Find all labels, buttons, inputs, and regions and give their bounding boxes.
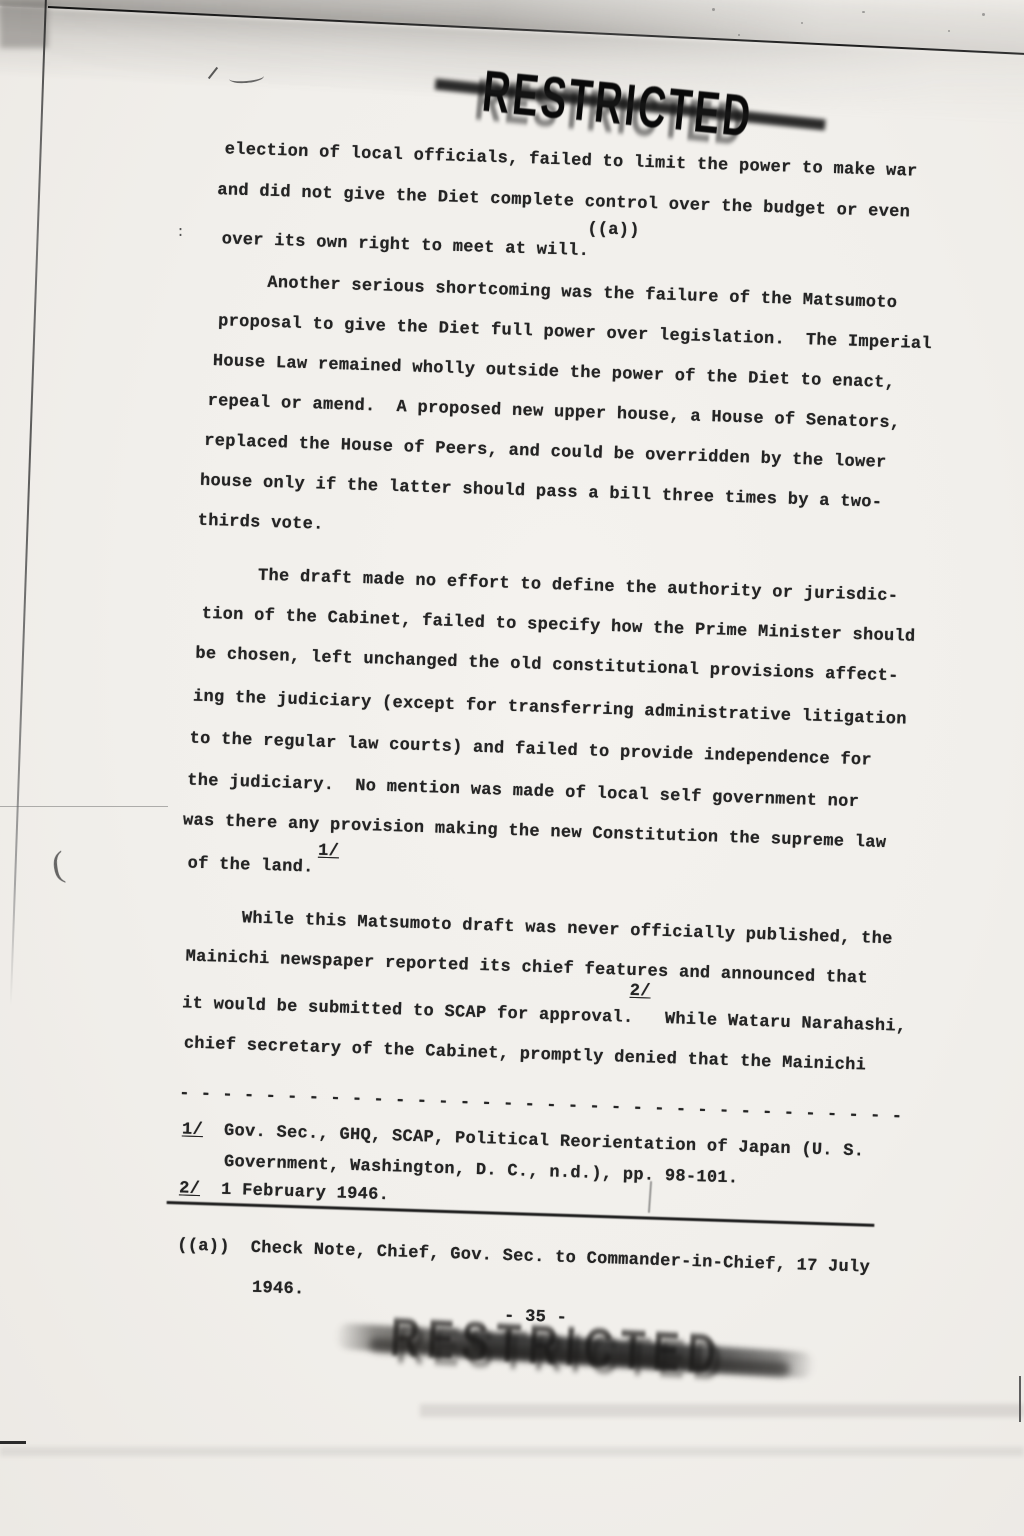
dust-speck [862,11,865,13]
text-line: be chosen, left unchanged the old consti… [195,645,899,688]
text-line: the judiciary. No mention was made of lo… [187,771,859,813]
text-line: replaced the House of Peers, and could b… [204,432,887,474]
text-line: was there any provision making the new C… [183,811,887,854]
text-line: thirds vote. [197,512,324,536]
scan-edge-dash [0,1441,26,1444]
footnote-a-continued: 1946. [252,1279,305,1301]
footnote-ref-1: 1/ [318,842,340,863]
ink-speck: : [176,224,185,241]
text-line: house only if the latter should pass a b… [200,472,883,514]
text-line: repeal or amend. A proposed new upper ho… [207,392,900,434]
pen-crescent-mark: ( [49,842,67,885]
footnote-2-text: 1 February 1946. [221,1181,390,1205]
text-line: Another serious shortcoming was the fail… [267,274,897,314]
text-line: it would be submitted to SCAP for approv… [182,994,907,1037]
text-line: ing the judiciary (except for transferri… [193,688,907,731]
text-line: The draft made no effort to define the a… [258,567,899,608]
footnote-ref-2: 2/ [629,982,651,1003]
footnote-1-marker: 1/ [182,1120,204,1140]
footnote-a-text: Check Note, Chief, Gov. Sec. to Commande… [250,1239,870,1278]
text-line: and did not give the Diet complete contr… [217,181,910,223]
footnote-ref-a: ((a)) [587,220,640,242]
text-line: of the land. [187,854,314,878]
dust-speck [738,34,740,36]
scan-ink-streak [0,1447,1024,1456]
footnote-rule [167,1201,875,1227]
text-line: tion of the Cabinet, failed to specify h… [201,605,915,648]
text-line: While this Matsumoto draft was never off… [242,909,893,950]
dust-speck [948,30,950,32]
text-line: chief secretary of the Cabinet, promptly… [183,1034,866,1076]
text-line: House Law remained wholly outside the po… [213,352,896,394]
typed-text-block: election of local officials, failed to l… [176,140,1024,1386]
footnote-a-marker: ((a)) [177,1236,230,1257]
text-line: to the regular law courts) and failed to… [189,729,872,771]
text-line: proposal to give the Diet full power ove… [218,312,932,355]
dashed-separator: - - - - - - - - - - - - - - - - - - - - … [179,1084,903,1127]
scan-left-fold-line [10,0,47,1005]
dust-speck [712,8,715,11]
footnote-a: ((a))Check Note, Chief, Gov. Sec. to Com… [177,1236,870,1278]
scan-ink-streak [420,1404,1024,1417]
scanned-document-page: : ( RESTRICTED RESTRICTED election of lo… [0,0,1024,1536]
scan-crease-line [0,806,168,807]
dust-speck [982,13,985,16]
text-line: Mainichi newspaper reported its chief fe… [185,947,868,989]
dust-speck [801,22,803,24]
footnote-2-marker: 2/ [179,1179,201,1199]
text-line: over its own right to meet at will. [221,230,589,262]
